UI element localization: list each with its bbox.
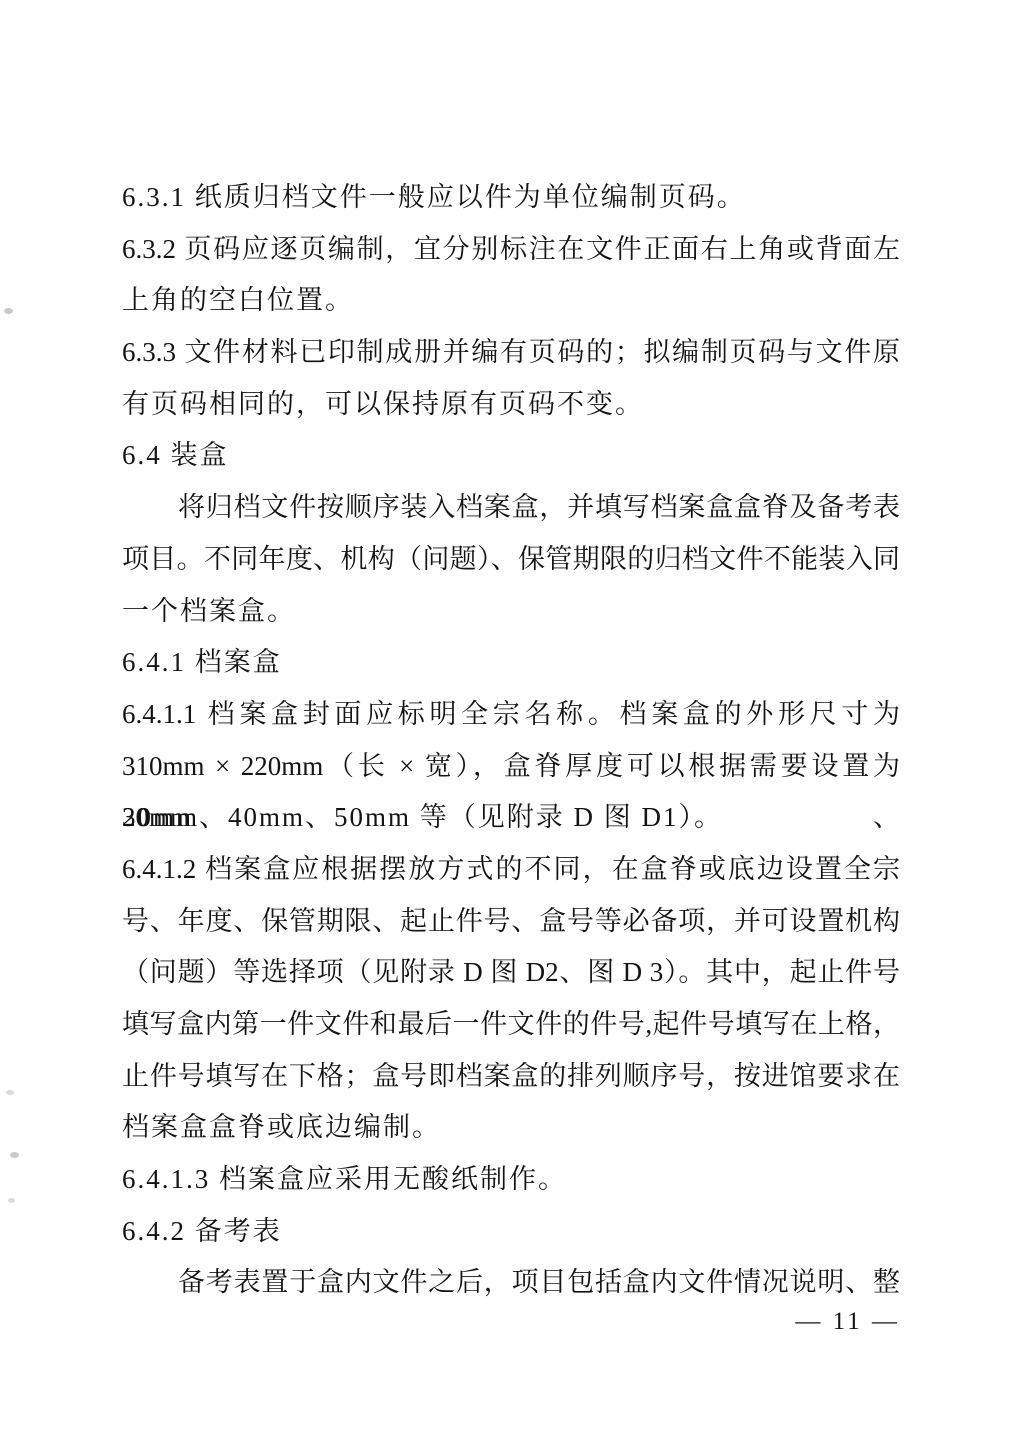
doc-line: 310mm × 220mm（长 × 宽），盒脊厚度可以根据需要设置为 20mm、 xyxy=(122,741,900,793)
doc-line: 有页码相同的，可以保持原有页码不变。 xyxy=(122,379,900,431)
scan-speck xyxy=(6,1090,14,1095)
doc-line: 上角的空白位置。 xyxy=(122,275,900,327)
doc-line-6-3-2: 6.3.2 页码应逐页编制，宜分别标注在文件正面右上角或背面左 xyxy=(122,224,900,276)
scan-speck xyxy=(10,1152,19,1158)
doc-heading-6-4-1: 6.4.1 档案盒 xyxy=(122,637,900,689)
doc-line-6-4-1-1: 6.4.1.1 档案盒封面应标明全宗名称。档案盒的外形尺寸为 xyxy=(122,689,900,741)
document-body: 6.3.1 纸质归档文件一般应以件为单位编制页码。 6.3.2 页码应逐页编制，… xyxy=(122,172,900,1343)
doc-line: 止件号填写在下格；盒号即档案盒的排列顺序号，按进馆要求在 xyxy=(122,1051,900,1103)
doc-line: 档案盒盒脊或底边编制。 xyxy=(122,1102,900,1154)
doc-line: 填写盒内第一件文件和最后一件文件的件号,起件号填写在上格， xyxy=(122,999,900,1051)
doc-heading-6-4: 6.4 装盒 xyxy=(122,430,900,482)
scan-speck xyxy=(4,308,13,314)
doc-line: 将归档文件按顺序装入档案盒，并填写档案盒盒脊及备考表 xyxy=(122,482,900,534)
doc-line: 一个档案盒。 xyxy=(122,586,900,638)
scan-speck xyxy=(8,1198,15,1203)
doc-line: 备考表置于盒内文件之后，项目包括盒内文件情况说明、整 xyxy=(122,1257,900,1309)
doc-line: 号、年度、保管期限、起止件号、盒号等必备项，并可设置机构 xyxy=(122,896,900,948)
doc-line-6-4-1-2: 6.4.1.2 档案盒应根据摆放方式的不同，在盒脊或底边设置全宗 xyxy=(122,844,900,896)
doc-heading-6-4-2: 6.4.2 备考表 xyxy=(122,1206,900,1258)
doc-line: 项目。不同年度、机构（问题）、保管期限的归档文件不能装入同 xyxy=(122,534,900,586)
document-page: 6.3.1 纸质归档文件一般应以件为单位编制页码。 6.3.2 页码应逐页编制，… xyxy=(0,0,1024,1449)
doc-line-6-4-1-3: 6.4.1.3 档案盒应采用无酸纸制作。 xyxy=(122,1154,900,1206)
doc-line-6-3-1: 6.3.1 纸质归档文件一般应以件为单位编制页码。 xyxy=(122,172,900,224)
doc-line: （问题）等选择项（见附录 D 图 D2、图 D 3）。其中，起止件号 xyxy=(122,947,900,999)
doc-line-6-3-3: 6.3.3 文件材料已印制成册并编有页码的；拟编制页码与文件原 xyxy=(122,327,900,379)
